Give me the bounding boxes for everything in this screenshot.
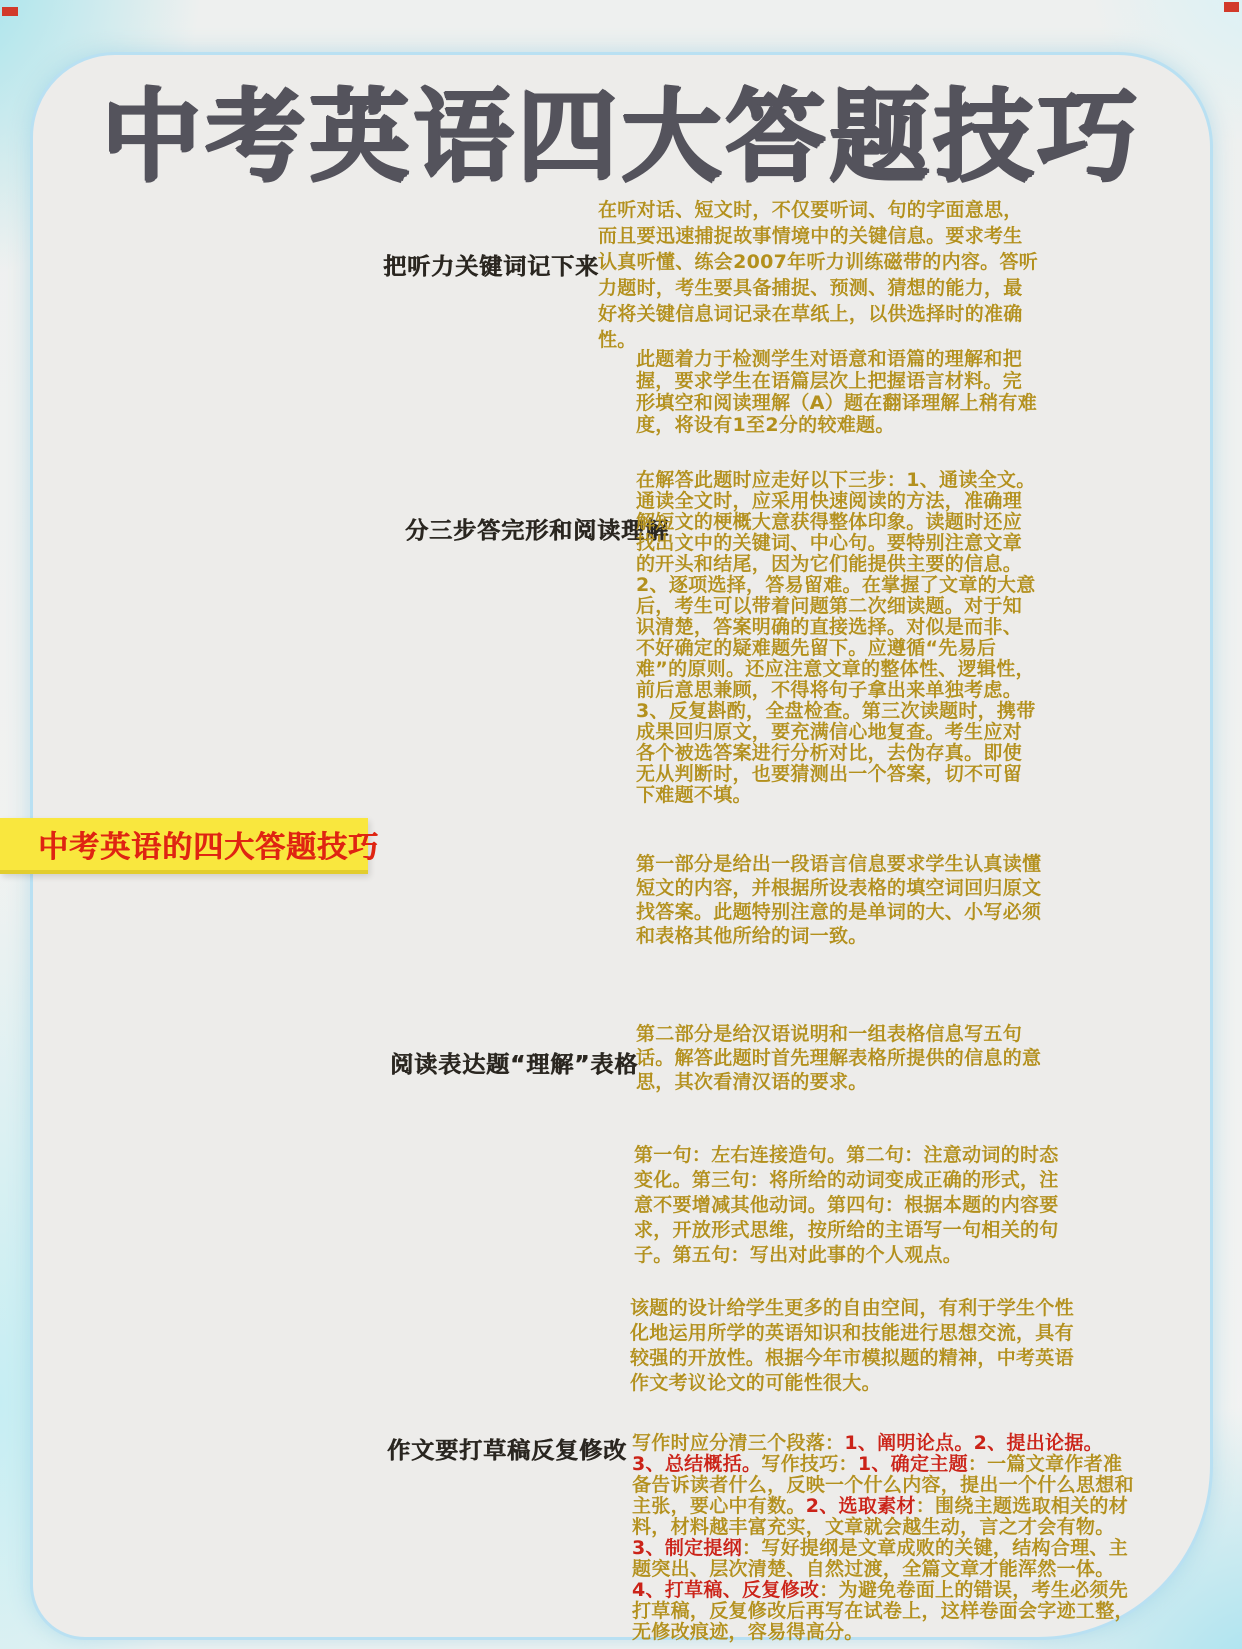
paragraph-writing-intro: 该题的设计给学生更多的自由空间，有利于学生个性化地运用所学的英语知识和技能进行思… bbox=[630, 1296, 1092, 1396]
corner-mark-left bbox=[2, 7, 18, 16]
paragraph-listening-tips: 在听对话、短文时，不仅要听词、句的字面意思，而且要迅速捕捉故事情境中的关键信息。… bbox=[598, 197, 1040, 353]
side-label: 中考英语的四大答题技巧 bbox=[0, 818, 368, 874]
corner-mark-right bbox=[1224, 2, 1239, 12]
poster: 中考英语四大答题技巧 中考英语的四大答题技巧 把听力关键词记下来 分三步答完形和… bbox=[0, 0, 1242, 1649]
paragraph-cloze-steps: 在解答此题时应走好以下三步：1、通读全文。通读全文时，应采用快速阅读的方法，准确… bbox=[636, 470, 1040, 806]
paragraph-table-sentences: 第一句：左右连接造句。第二句：注意动词的时态变化。第三句：将所给的动词变成正确的… bbox=[634, 1143, 1076, 1268]
section-heading-writing: 作文要打草稿反复修改 bbox=[387, 1432, 627, 1465]
side-label-text: 中考英语的四大答题技巧 bbox=[38, 822, 379, 866]
text-segment-red: 3、制定提纲 bbox=[632, 1537, 742, 1559]
paragraph-writing-steps: 写作时应分清三个段落：1、阐明论点。2、提出论据。3、总结概括。写作技巧：1、确… bbox=[632, 1433, 1134, 1643]
section-heading-listening: 把听力关键词记下来 bbox=[383, 248, 599, 281]
text-segment-gold: 写作时应分清三个段落： bbox=[632, 1432, 844, 1454]
text-segment-red: 2、选取素材 bbox=[806, 1495, 916, 1517]
section-heading-cloze-reading: 分三步答完形和阅读理解 bbox=[405, 512, 669, 545]
paragraph-table-part1: 第一部分是给出一段语言信息要求学生认真读懂短文的内容，并根据所设表格的填空词回归… bbox=[636, 852, 1060, 948]
text-segment-red: 1、确定主题 bbox=[858, 1453, 968, 1475]
section-heading-table: 阅读表达题“理解”表格 bbox=[390, 1046, 638, 1079]
paragraph-table-part2: 第二部分是给汉语说明和一组表格信息写五句话。解答此题时首先理解表格所提供的信息的… bbox=[636, 1022, 1060, 1094]
text-segment-red: 4、打草稿、反复修改 bbox=[632, 1579, 819, 1601]
page-title: 中考英语四大答题技巧 bbox=[0, 56, 1242, 200]
text-segment-gold: 写作技巧： bbox=[761, 1453, 858, 1475]
paragraph-cloze-intro: 此题着力于检测学生对语意和语篇的理解和把握，要求学生在语篇层次上把握语言材料。完… bbox=[636, 348, 1040, 436]
